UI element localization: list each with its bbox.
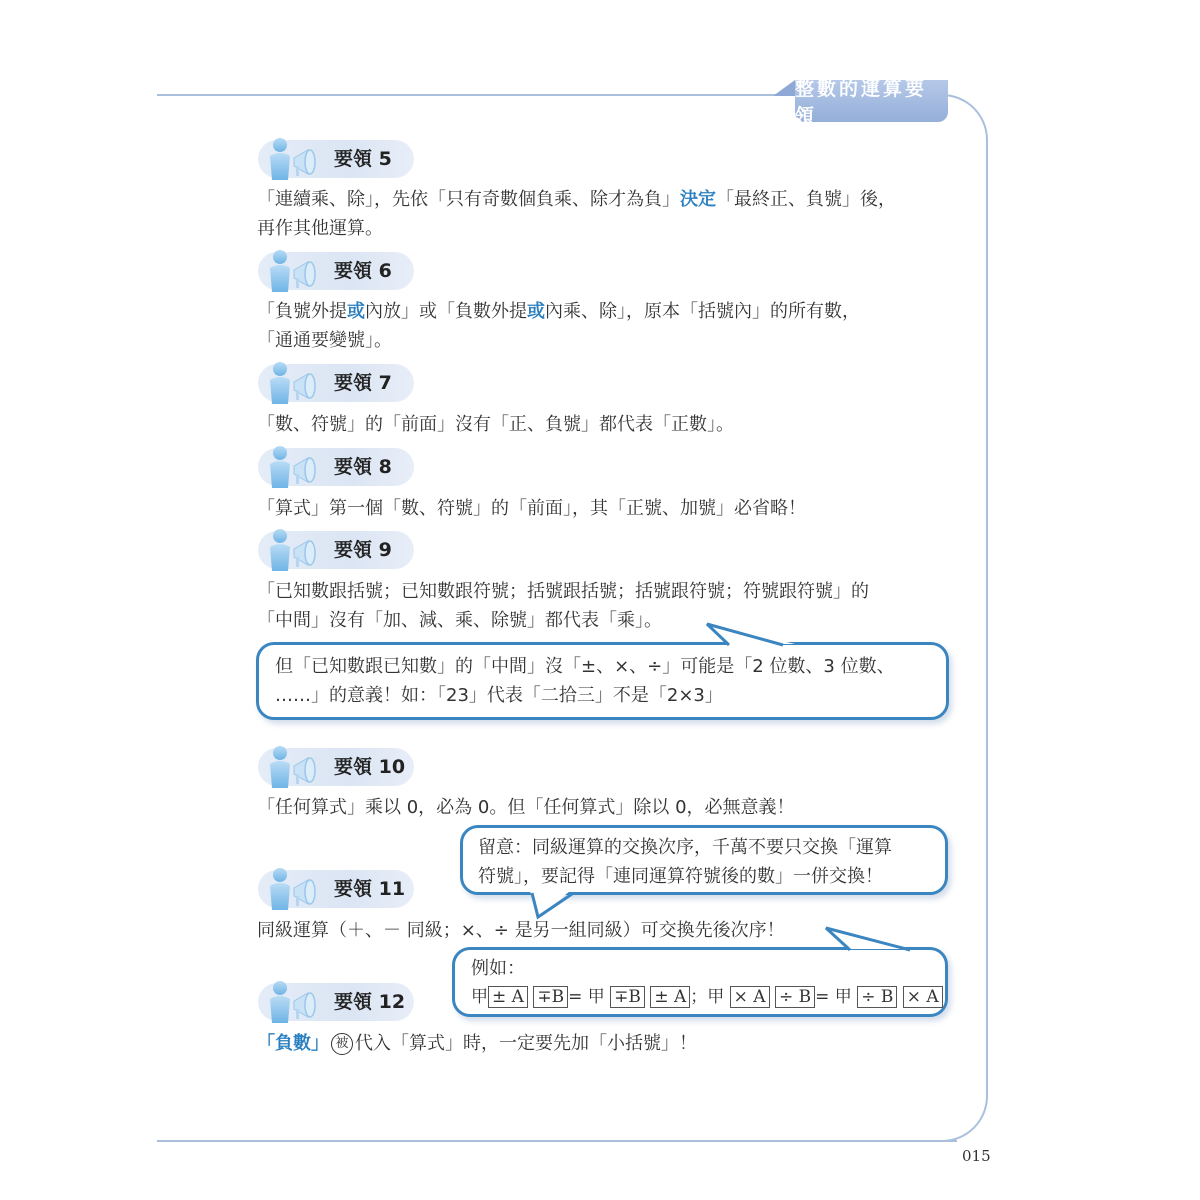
page-number: 015 (962, 1147, 991, 1165)
heading-label: 要領 12 (334, 983, 405, 1021)
heading-tip-12: 要領 12 (258, 983, 414, 1021)
boxed-term: × A (730, 986, 770, 1008)
heading-tip-7: 要領 7 (258, 364, 414, 402)
boxed-term: ± A (650, 986, 690, 1008)
tip-11-text: 同級運算（＋、－ 同級；×、÷ 是另一組同級）可交換先後次序！ (257, 916, 785, 945)
heading-label: 要領 5 (334, 140, 392, 178)
person-megaphone-icon (264, 866, 330, 912)
heading-tip-10: 要領 10 (258, 748, 414, 786)
heading-tip-6: 要領 6 (258, 252, 414, 290)
highlight: 決定 (680, 189, 716, 210)
callout-tail (695, 620, 795, 648)
boxed-term: × A (903, 986, 943, 1008)
tip-5-text: 「連續乘、除」，先依「只有奇數個負乘、除才為負」決定「最終正、負號」後， 再作其… (257, 185, 896, 243)
person-megaphone-icon (264, 744, 330, 790)
heading-label: 要領 9 (334, 531, 392, 569)
page-frame-bottom-rule (157, 1140, 957, 1142)
heading-tip-9: 要領 9 (258, 531, 414, 569)
heading-label: 要領 7 (334, 364, 392, 402)
heading-label: 要領 11 (334, 870, 405, 908)
chapter-title-tab: 整數的運算要領 (795, 80, 948, 122)
person-megaphone-icon (264, 527, 330, 573)
page-frame-top-rule (157, 94, 787, 96)
heading-label: 要領 8 (334, 448, 392, 486)
callout-example: 例如： 甲± A ∓B= 甲 ∓B ± A；甲 × A ÷ B= 甲 ÷ B ×… (452, 947, 948, 1017)
callout-tail (820, 925, 920, 953)
highlight: 或 (347, 301, 365, 322)
person-megaphone-icon (264, 248, 330, 294)
person-megaphone-icon (264, 360, 330, 406)
person-megaphone-icon (264, 136, 330, 182)
heading-label: 要領 6 (334, 252, 392, 290)
tip-12-text: 「負數」被代入「算式」時，一定要先加「小括號」！ (257, 1029, 697, 1058)
boxed-term: ∓B (533, 986, 568, 1008)
callout-tip-9-note: 但「已知數跟已知數」的「中間」沒「±、×、÷」可能是「2 位數、3 位數、 ……… (256, 642, 949, 720)
heading-tip-11: 要領 11 (258, 870, 414, 908)
tip-7-text: 「數、符號」的「前面」沒有「正、負號」都代表「正數」。 (257, 410, 734, 439)
heading-tip-8: 要領 8 (258, 448, 414, 486)
heading-label: 要領 10 (334, 748, 405, 786)
tip-10-text: 「任何算式」乘以 0，必為 0。但「任何算式」除以 0，必無意義！ (257, 793, 795, 822)
person-megaphone-icon (264, 444, 330, 490)
heading-tip-5: 要領 5 (258, 140, 414, 178)
circled-character: 被 (331, 1033, 353, 1055)
boxed-term: ± A (488, 986, 528, 1008)
boxed-term: ÷ B (775, 986, 815, 1008)
chapter-title: 整數的運算要領 (795, 74, 948, 128)
tip-6-text: 「負號外提或內放」或「負數外提或內乘、除」，原本「括號內」的所有數， 「通通要變… (257, 297, 860, 355)
highlight: 「負數」 (257, 1033, 329, 1054)
person-megaphone-icon (264, 979, 330, 1025)
callout-tip-11-note: 留意：同級運算的交換次序，千萬不要只交換「運算 符號」，要記得「連同運算符號後的… (460, 825, 948, 895)
highlight: 或 (527, 301, 545, 322)
boxed-term: ÷ B (857, 986, 897, 1008)
boxed-term: ∓B (610, 986, 645, 1008)
tip-8-text: 「算式」第一個「數、符號」的「前面」，其「正號、加號」必省略！ (257, 494, 806, 523)
